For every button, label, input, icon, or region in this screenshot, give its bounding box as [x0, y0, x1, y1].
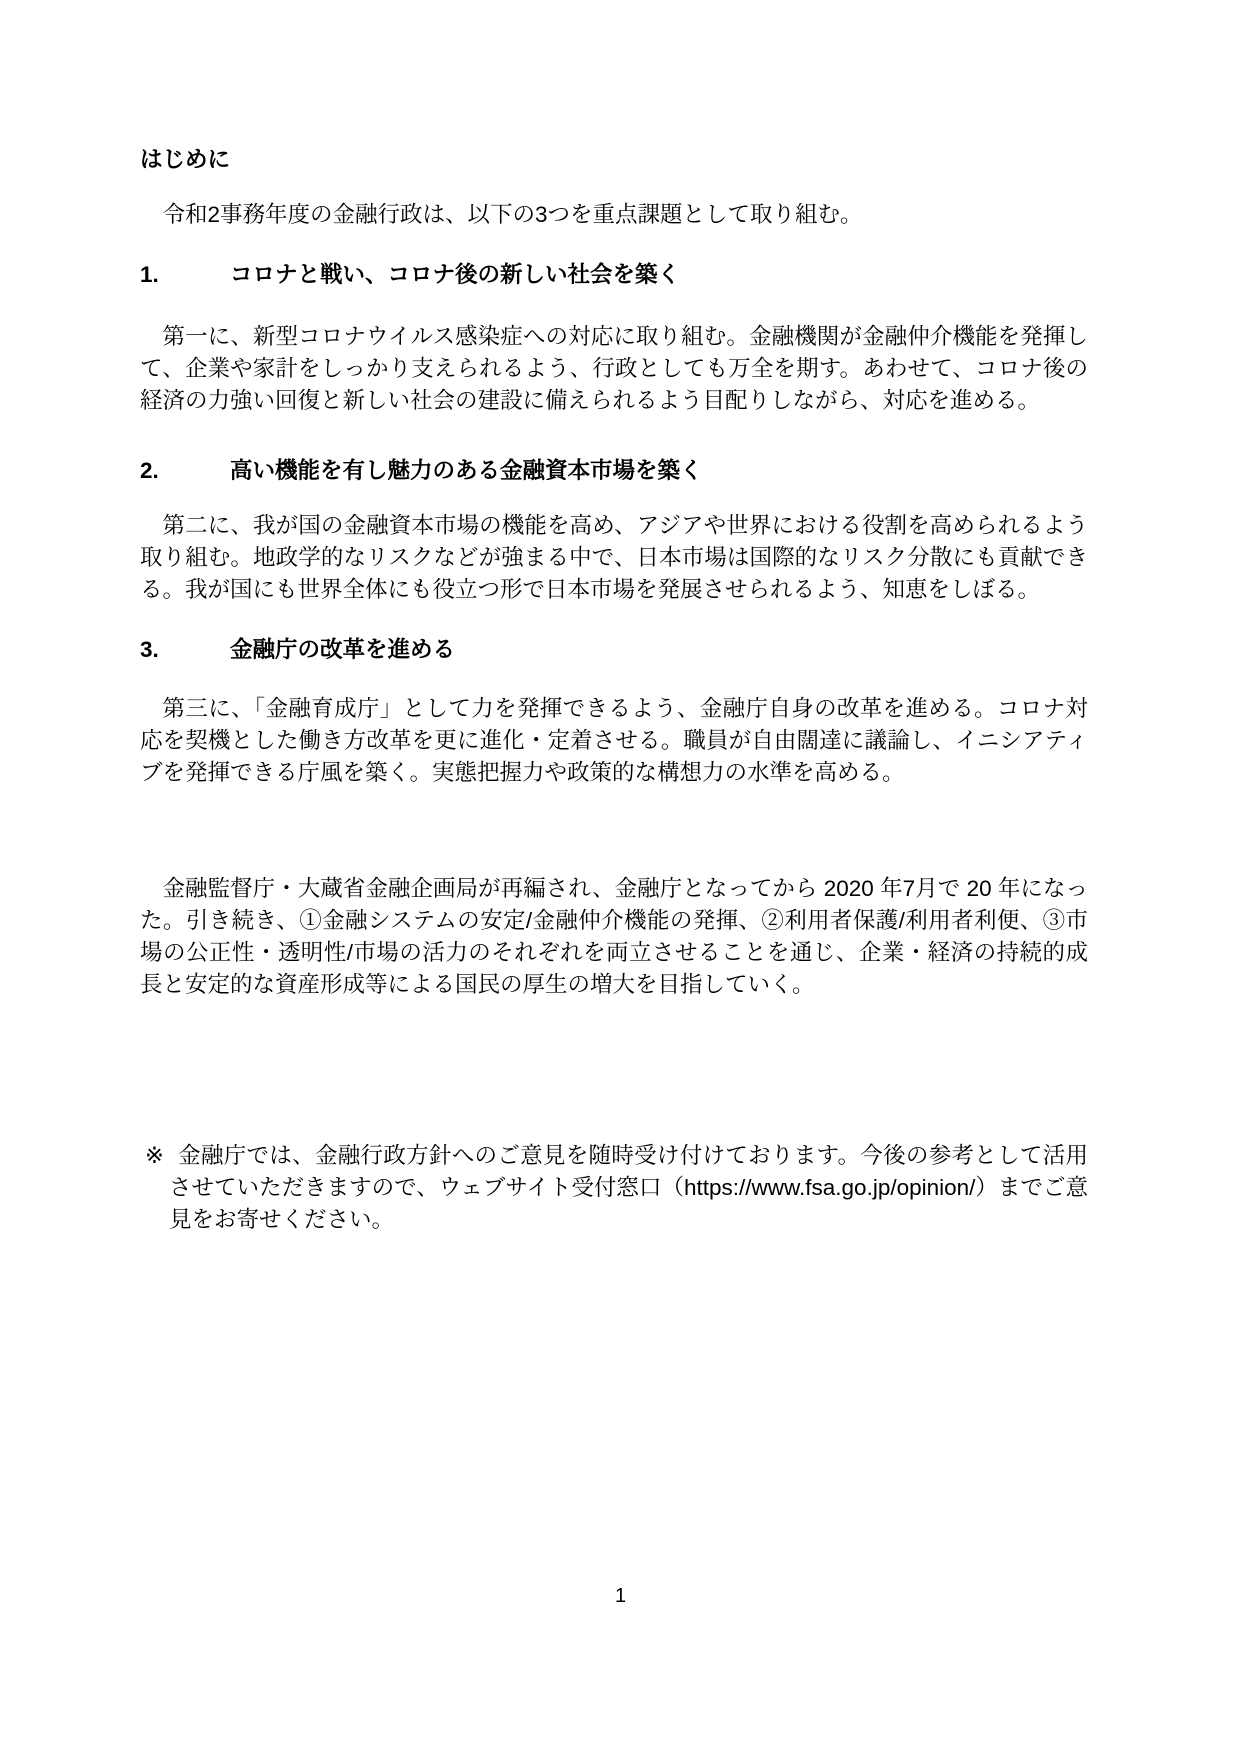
section-2-title: 高い機能を有し魅力のある金融資本市場を築く [230, 455, 1088, 487]
section-3-heading: 3. 金融庁の改革を進める [140, 634, 1088, 666]
page-title: はじめに [140, 144, 1088, 176]
section-1-heading: 1. コロナと戦い、コロナ後の新しい社会を築く [140, 259, 1088, 291]
section-2-heading: 2. 高い機能を有し魅力のある金融資本市場を築く [140, 455, 1088, 487]
section-1-number: 1. [140, 259, 230, 291]
section-2-body: 第二に、我が国の金融資本市場の機能を高め、アジアや世界における役割を高められるよ… [140, 510, 1088, 606]
section-3-body: 第三に、「金融育成庁」として力を発揮できるよう、金融庁自身の改革を進める。コロナ… [140, 693, 1088, 789]
document-content: はじめに 令和2事務年度の金融行政は、以下の3つを重点課題として取り組む。 1.… [140, 0, 1088, 1236]
feedback-note: ※金融庁では、金融行政方針へのご意見を随時受け付けております。今後の参考として活… [145, 1140, 1088, 1236]
section-2-number: 2. [140, 455, 230, 487]
section-1-body: 第一に、新型コロナウイルス感染症への対応に取り組む。金融機関が金融仲介機能を発揮… [140, 321, 1088, 417]
section-3-number: 3. [140, 634, 230, 666]
closing-paragraph: 金融監督庁・大蔵省金融企画局が再編され、金融庁となってから 2020 年7月で … [140, 873, 1088, 1001]
page-number: 1 [0, 1583, 1241, 1609]
note-marker: ※ [145, 1143, 178, 1168]
section-1-title: コロナと戦い、コロナ後の新しい社会を築く [230, 259, 1088, 291]
intro-paragraph: 令和2事務年度の金融行政は、以下の3つを重点課題として取り組む。 [140, 199, 1088, 231]
document-page: はじめに 令和2事務年度の金融行政は、以下の3つを重点課題として取り組む。 1.… [0, 0, 1241, 1754]
section-3-title: 金融庁の改革を進める [230, 634, 1088, 666]
note-text: 金融庁では、金融行政方針へのご意見を随時受け付けております。今後の参考として活用… [169, 1143, 1088, 1232]
